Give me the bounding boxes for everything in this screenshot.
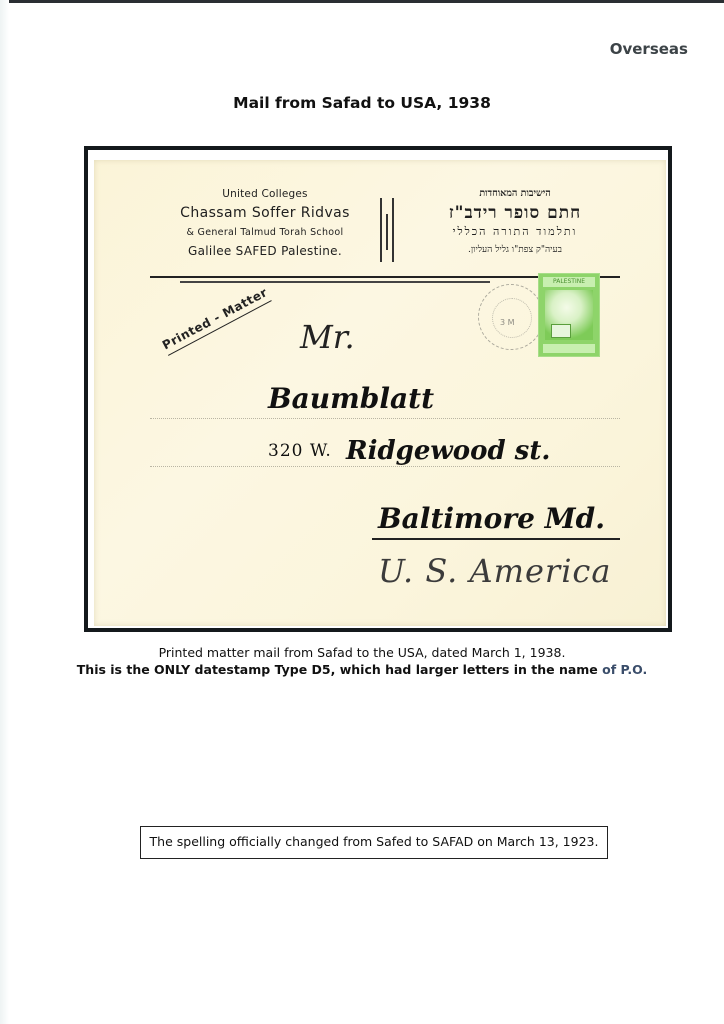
address-salutation: Mr. bbox=[300, 318, 355, 356]
address-street: Ridgewood st. bbox=[346, 436, 550, 466]
sender-line: & General Talmud Torah School bbox=[150, 227, 380, 238]
address-guide-line bbox=[150, 466, 620, 467]
postmark-text: 3 M bbox=[500, 318, 515, 327]
sender-line: Galilee SAFED Palestine. bbox=[150, 244, 380, 258]
sender-line: ותלמוד התורה הכללי bbox=[410, 225, 620, 238]
stamp-country-label: PALESTINE bbox=[543, 277, 595, 287]
caption-note-tail: of P.O. bbox=[602, 662, 647, 677]
sender-line: Chassam Soffer Ridvas bbox=[150, 205, 380, 221]
address-city: Baltimore Md. bbox=[378, 502, 605, 535]
sender-line: United Colleges bbox=[150, 188, 380, 200]
sender-line: הישיבות המאוחדות bbox=[410, 188, 620, 199]
page-title: Mail from Safad to USA, 1938 bbox=[0, 94, 724, 112]
sender-block-english: United Colleges Chassam Soffer Ridvas & … bbox=[150, 188, 380, 258]
address-guide-line bbox=[150, 418, 620, 419]
address-street-number: 320 W. bbox=[268, 441, 332, 461]
scan-top-edge bbox=[0, 0, 724, 3]
stamp-bottom-panel bbox=[543, 344, 595, 353]
spelling-note-box: The spelling officially changed from Saf… bbox=[140, 826, 608, 859]
header-divider bbox=[378, 198, 398, 262]
section-label: Overseas bbox=[610, 40, 688, 58]
caption-note: This is the ONLY datestamp Type D5, whic… bbox=[0, 662, 724, 677]
sender-line: בעיה"ק צפת"ו גליל העליון. bbox=[410, 244, 620, 255]
stamp-building-icon bbox=[551, 324, 571, 338]
header-rule bbox=[180, 281, 490, 283]
caption-note-main: This is the ONLY datestamp Type D5, whic… bbox=[77, 662, 602, 677]
address-country: U. S. America bbox=[378, 552, 611, 590]
address-name: Baumblatt bbox=[268, 382, 434, 415]
scan-left-edge bbox=[0, 0, 9, 1024]
address-city-underline bbox=[372, 538, 620, 540]
postage-stamp: PALESTINE bbox=[538, 273, 600, 357]
sender-block-hebrew: הישיבות המאוחדות חתם סופר רידב"ז ותלמוד … bbox=[410, 188, 620, 255]
caption-description: Printed matter mail from Safad to the US… bbox=[0, 645, 724, 660]
sender-line: חתם סופר רידב"ז bbox=[410, 203, 620, 223]
